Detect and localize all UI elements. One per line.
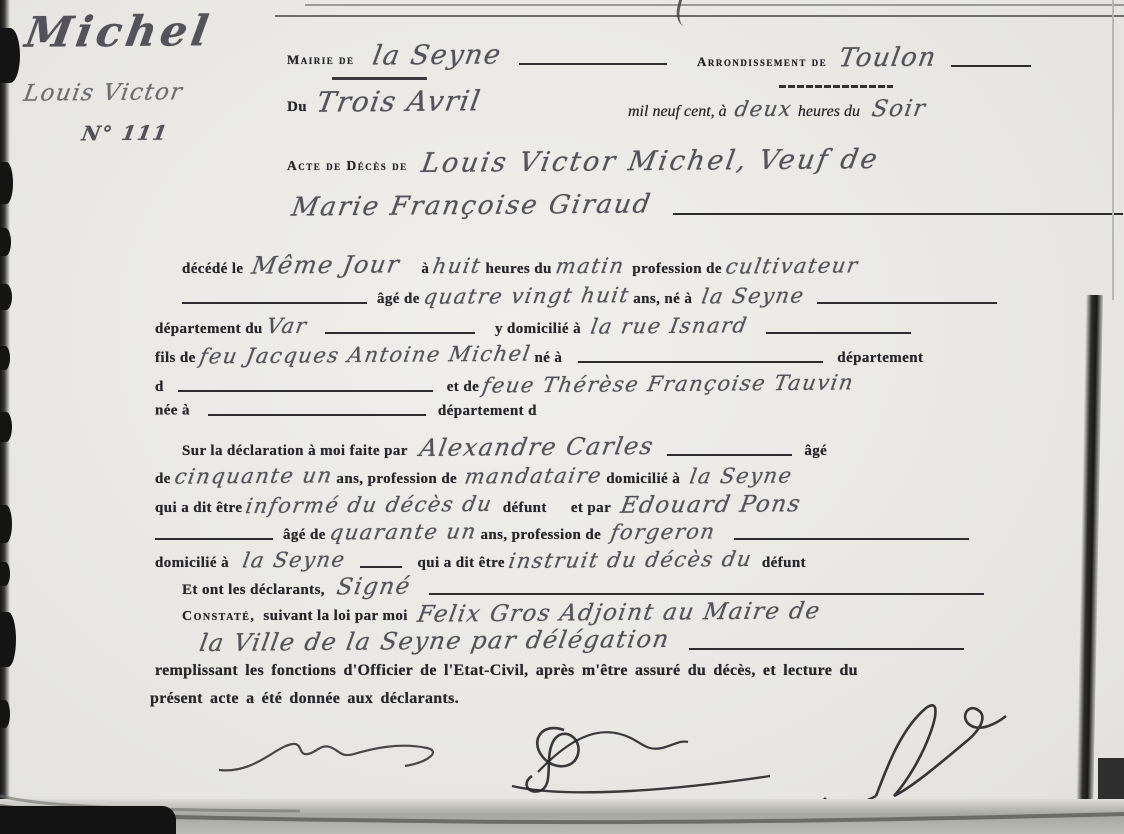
closing-text-2: présent acte a été donnée aux déclarants… [150,690,459,707]
constat-line-1: Constaté, suivant la loi par moi Felix G… [182,600,820,626]
period-value: Soir [870,96,928,123]
edge-mark [0,162,13,204]
blank-line [673,199,1123,215]
decede-le-label: décédé le [182,261,244,277]
defunt-label: défunt [503,500,547,516]
officer-name: Felix Gros Adjoint au Maire de [415,598,822,628]
corner-shadow-bottom-left [0,806,176,834]
birthplace-value: la Seyne [700,284,807,309]
witness2-name: Edouard Pons [619,491,804,519]
constate-text: suivant la loi par moi [263,608,407,624]
blank-line [817,288,997,304]
date-value: Trois Avril [314,85,483,119]
declaration-line-5: domicilié à la Seyne qui a dit être inst… [155,548,806,572]
edge-mark [0,612,16,667]
underline-mairie [332,77,427,80]
witness1-age: cinquante un [173,463,335,489]
y-domicilie-label: y domicilié à [495,321,581,337]
deces-line-1: décédé le Même Jour à huit heures du mat… [182,252,858,280]
witness1-residence: la Seyne [688,464,795,489]
margin-surname: Michel [26,8,211,56]
blank-line [429,579,984,595]
mairie-label: Mairie de [287,52,355,67]
declaration-line-1: Sur la déclaration à moi faite par Alexa… [182,434,827,462]
date-line-right: mil neuf cent, à deux heures du Soir [628,96,926,122]
edge-mark [0,346,10,370]
heures-du-label: heures du [486,261,552,277]
acte-title-line: Acte de Décès de Louis Victor Michel, Ve… [287,146,878,177]
blank-line [519,49,667,65]
death-period: matin [554,254,627,279]
domicilie-a-label: domicilié à [606,471,680,487]
death-day: Même Jour [249,251,402,280]
page-edge-right [1076,295,1103,834]
spouse-name: Marie Françoise Giraud [289,190,654,223]
profession-value: cultivateur [724,253,861,278]
underline-arrondissement [779,85,893,88]
fils-de-label: fils de [155,350,196,366]
surname-text: Michel [22,7,216,57]
departement-du-label: département du [155,321,263,337]
deces-line-6: née à département d [155,400,537,420]
et-par-label: et par [571,500,611,516]
blank-line [734,524,969,540]
de-label: de [155,471,171,487]
d-label: d [155,379,164,395]
nee-a-label: née à [155,403,190,419]
header-arrondissement: Arrondissement de Toulon [697,44,1031,74]
date-line-left: Du Trois Avril [287,86,481,118]
witness1-relation: informé du décès du [244,492,495,518]
arrondissement-label: Arrondissement de [697,54,827,69]
margin-given-names: Louis Victor [24,80,183,106]
blank-line [208,400,426,416]
top-ruled-line-2 [275,15,1124,17]
blank-line [178,376,433,392]
edge-mark [0,228,11,256]
death-certificate-scan: Michel Louis Victor N° 111 Mairie de la … [0,0,1124,834]
declaration-line-4: âgé de quarante un ans, profession de fo… [155,520,969,544]
top-ruled-line [305,4,1124,6]
header-mairie: Mairie de la Seyne [287,40,667,71]
age-de-label: âgé de [377,291,420,307]
ne-a-label: né à [534,350,562,366]
age-value: quatre vingt huit [422,283,632,309]
et-de-label: et de [447,379,479,395]
edge-mark [0,700,10,728]
mairie-value: la Seyne [370,39,504,71]
acte-title-line-2: Marie Françoise Giraud [292,192,1123,222]
address-value: la rue Isnard [589,313,750,339]
departement-d-label: département d [438,403,537,419]
departement-label: département [837,350,923,366]
closing-line-2: présent acte a été donnée aux déclarants… [150,690,459,708]
declaration-line-2: de cinquante un ans, profession de manda… [155,464,793,488]
closing-line-1: remplissant les fonctions d'Officier de … [155,662,858,680]
edge-mark [0,284,12,310]
blank-line [360,552,402,568]
a-label: à [421,261,429,277]
year-label: mil neuf cent, à [628,103,727,120]
deces-line-2: âgé de quatre vingt huit ans, né à la Se… [182,284,997,308]
deces-line-3: département du Var y domicilié à la rue … [155,314,911,338]
heures-label: heures du [798,103,860,120]
edge-mark [0,412,12,442]
ans-ne-a-label: ans, né à [633,291,692,307]
ans-profession-label: ans, profession de [336,471,457,487]
officer-name-2: la Ville de la Seyne par délégation [197,626,672,658]
declaration-line-3: qui a dit être informé du décès du défun… [155,492,801,518]
blank-line [667,440,792,456]
blank-line [689,634,964,650]
profession-de-label: profession de [632,261,722,277]
blank-line [766,318,911,334]
qui-a-dit-label: qui a dit être [155,500,242,516]
age-label: âgé [804,443,827,459]
closing-text-1: remplissant les fonctions d'Officier de … [155,662,858,679]
father-name: feu Jacques Antoine Michel [197,342,532,369]
et-ont-label: Et ont les déclarants, [182,582,325,598]
signe-hand: Signé [335,574,413,601]
blank-line [325,318,475,334]
ans-profession-label-2: ans, profession de [480,527,601,543]
blank-line [578,347,823,363]
margin-act-number: N° 111 [82,122,168,145]
arrondissement-value: Toulon [837,44,940,75]
qui-a-dit-label-2: qui a dit être [418,555,505,571]
page-edge-right-faint [1112,0,1114,300]
du-label: Du [287,99,307,115]
deces-line-5: d et de feue Thérèse Françoise Tauvin [155,372,854,396]
edge-mark [0,505,12,543]
witness2-relation: instruit du décès du [507,547,754,573]
act-number-text: N° 111 [80,122,170,146]
departement-value: Var [265,314,309,338]
witness2-residence: la Seyne [241,548,348,573]
witness1-name: Alexandre Carles [417,433,656,463]
edge-mark [0,28,20,83]
blank-line [182,288,367,304]
signature-declarant-1 [215,722,445,782]
signature-declarant-2 [502,712,782,802]
hour-value: deux [733,97,794,122]
acte-label: Acte de Décès de [287,158,408,173]
constat-line-2: la Ville de la Seyne par délégation [200,628,964,656]
mother-name: feue Thérèse Françoise Tauvin [481,370,856,397]
blank-line [155,524,273,540]
declaration-line-6: Et ont les déclarants, Signé [182,574,984,600]
deces-line-4: fils de feu Jacques Antoine Michel né à … [155,343,923,367]
witness2-profession: forgeron [609,520,718,545]
constate-label: Constaté, [182,609,255,624]
death-hour: huit [431,254,483,279]
blank-line [951,51,1031,67]
witness2-age: quarante un [328,519,479,544]
domicilie-a-label-2: domicilié à [155,555,229,571]
given-names-text: Louis Victor [22,79,186,107]
defunt-label-2: défunt [762,555,806,571]
edge-mark [0,562,10,586]
deceased-name: Louis Victor Michel, Veuf de [419,144,882,179]
witness1-profession: mandataire [463,463,604,488]
age-de-label-2: âgé de [283,527,326,543]
declaration-intro-label: Sur la déclaration à moi faite par [182,443,408,459]
